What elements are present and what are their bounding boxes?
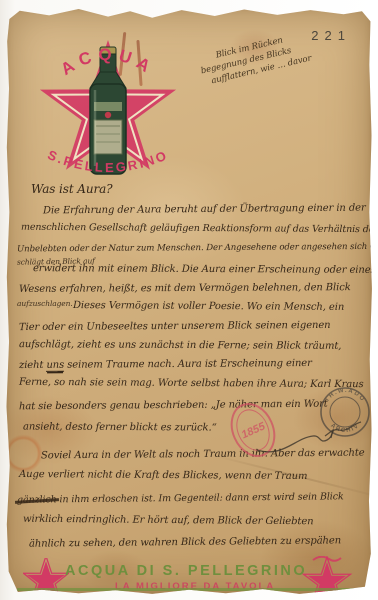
manuscript-line: Auge verliert nicht die Kraft des Blicke…: [19, 469, 307, 482]
pellegrino-logo: ACQUA S.PELLEGRINO: [15, 14, 199, 192]
manuscript-line: Tier oder ein Unbeseeltes unter unserem …: [19, 320, 331, 333]
underlined-word: uns: [46, 360, 64, 372]
manuscript-line: Die Erfahrung der Aura beruht auf der Üb…: [43, 203, 366, 217]
manuscript-heading: Was ist Aura?: [31, 182, 112, 196]
footer-rule: [17, 588, 363, 591]
struck-post: in ihm erloschen ist. Im Gegenteil: dann…: [57, 491, 344, 505]
manuscript-struck-line: gänzlich in ihm erloschen ist. Im Gegent…: [17, 491, 344, 505]
manuscript-line: Wesens erfahren, heißt, es mit dem Vermö…: [19, 282, 351, 295]
underline-pre: zieht: [19, 360, 47, 371]
footer-star-right-icon: [301, 556, 353, 600]
manuscript-line: erwidert ihn mit einem Blick. Die Aura e…: [33, 263, 376, 276]
footer-swash: [313, 557, 341, 561]
photo-backdrop: ACQUA S.PELLEGRINO 221 Blick im Rücken b…: [0, 0, 378, 600]
manuscript-line: aufschlägt, zieht es uns zunächst in die…: [19, 339, 341, 352]
svg-text:TH.W.ADO: TH.W.ADO: [324, 388, 366, 404]
manuscript-line: wirklich eindringlich. Er hört auf, dem …: [23, 514, 314, 528]
bottle-icon: [90, 47, 126, 174]
manuscript-line: menschlichen Gesellschaft geläufigen Rea…: [21, 222, 378, 235]
struck-word: gänzlich: [17, 494, 57, 505]
archive-stamp-top-label: TH.W.ADO: [324, 388, 366, 404]
manuscript-line: Dieses Vermögen ist voller Poesie. Wo ei…: [73, 300, 344, 313]
underline-post: seinem Traume nach. Aura ist Erscheinung…: [64, 358, 312, 371]
manuscript-line: Unbelebten oder der Natur zum Menschen. …: [17, 242, 378, 255]
manuscript-paper: ACQUA S.PELLEGRINO 221 Blick im Rücken b…: [5, 6, 373, 595]
footer-star-left-icon: [23, 558, 69, 600]
margin-annotation: Blick im Rücken begegnung des Blicks auf…: [197, 29, 313, 89]
page-number: 221: [311, 28, 351, 43]
manuscript-inserted-line: aufzuschlagen.: [17, 299, 73, 308]
footer-title: ACQUA DI S. PELLEGRINO: [65, 563, 307, 579]
pencil-flourish: [255, 414, 365, 459]
manuscript-line: ähnlich zu sehen, den wahren Blick des G…: [29, 535, 341, 549]
manuscript-line: Ferne, so nah sie sein mag. Worte selbst…: [19, 377, 364, 390]
manuscript-underline-line: zieht uns seinem Traume nach. Aura ist E…: [19, 358, 312, 371]
manuscript-line: ansieht, desto ferner blickt es zurück.“: [23, 421, 217, 433]
